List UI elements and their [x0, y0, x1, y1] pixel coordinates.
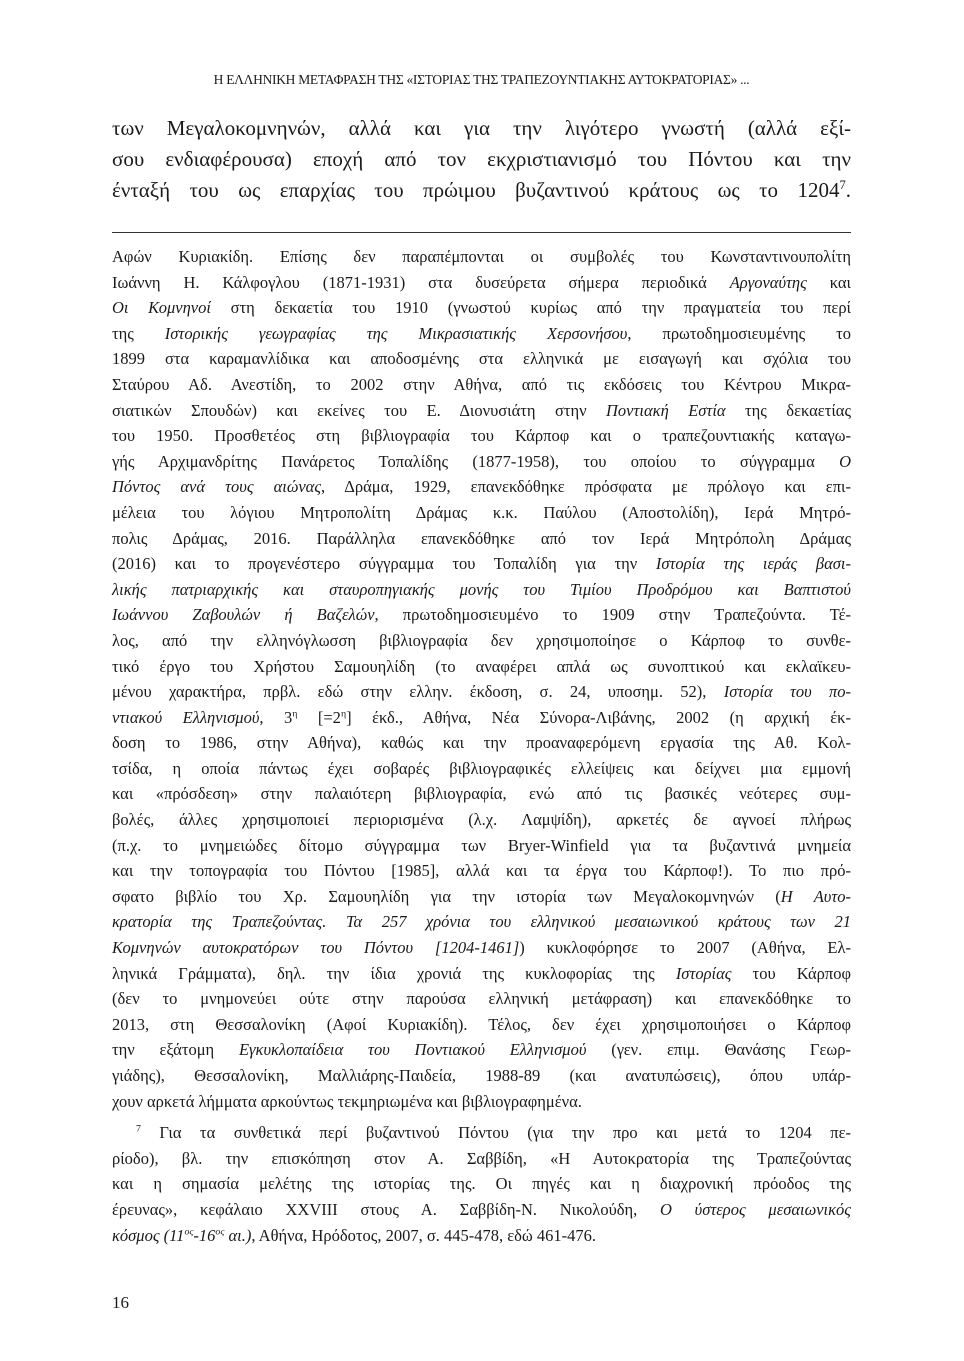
footnote-line: ληνικά Γράμματα), δηλ. την ίδια χρονιά τ…: [112, 961, 851, 987]
footnote-line: Κομνηνών αυτοκρατόρων του Πόντου [1204-1…: [112, 935, 851, 961]
italic-text: κρατορία της Τραπεζούντας. Τα 257 χρόνια…: [112, 912, 851, 931]
text-run: ] έκδ., Αθήνα, Νέα Σύνορα-Λιβάνης, 2002 …: [346, 708, 851, 727]
footnote-line: τσίδα, η οποία πάντως έχει σοβαρές βιβλι…: [112, 756, 851, 782]
text-run: ρίοδο), βλ. την επισκόπηση στον Α. Σαββί…: [112, 1149, 851, 1168]
text-run: ληνικά Γράμματα), δηλ. την ίδια χρονιά τ…: [112, 964, 676, 983]
text-run: (2016) και το προγενέστερο σύγγραμμα του…: [112, 554, 656, 573]
footnote-line: Αφών Κυριακίδη. Επίσης δεν παραπέμπονται…: [112, 244, 851, 270]
footnote-line: Πόντος ανά τους αιώνας, Δράμα, 1929, επα…: [112, 474, 851, 500]
text-run: δοση το 1986, στην Αθήνα), καθώς και την…: [112, 733, 851, 752]
italic-text: Εγκυκλοπαίδεια του Ποντιακού Ελληνισμού: [239, 1040, 586, 1059]
italic-text: Ποντιακή Εστία: [606, 401, 726, 420]
text-run: γιάδης), Θεσσαλονίκη, Μαλλιάρης-Παιδεία,…: [112, 1066, 851, 1085]
text-run: Αφών Κυριακίδη. Επίσης δεν παραπέμπονται…: [112, 247, 851, 266]
footnote-continued: Αφών Κυριακίδη. Επίσης δεν παραπέμπονται…: [112, 244, 851, 1114]
footnote-separator: [112, 232, 851, 233]
footnotes-section: Αφών Κυριακίδη. Επίσης δεν παραπέμπονται…: [112, 244, 851, 1248]
italic-text: κόσμος (11: [112, 1226, 184, 1245]
text-run: πολις Δράμας, 2016. Παράλληλα επανεκδόθη…: [112, 529, 851, 548]
footnote-line: την εξάτομη Εγκυκλοπαίδεια του Ποντιακού…: [112, 1037, 851, 1063]
text-run: και: [807, 273, 851, 292]
footnote-line: και «πρόσδεση» στην παλαιότερη βιβλιογρα…: [112, 781, 851, 807]
text-run: [=2: [297, 708, 341, 727]
footnote-line: μέλεια του λόγιου Μητροπολίτη Δράμας κ.κ…: [112, 500, 851, 526]
italic-text: -16: [193, 1226, 215, 1245]
footnote-line: Ιωάννη Η. Κάλφογλου (1871-1931) στα δυσε…: [112, 270, 851, 296]
italic-text: Αργοναύτης: [730, 273, 807, 292]
footnote-line: γιάδης), Θεσσαλονίκη, Μαλλιάρης-Παιδεία,…: [112, 1063, 851, 1089]
footnote-line: Ιωάννου Ζαβουλών ή Βαζελών, πρωτοδημοσιε…: [112, 602, 851, 628]
text-run: , 3: [259, 708, 292, 727]
text-run: και «πρόσδεση» στην παλαιότερη βιβλιογρα…: [112, 784, 851, 803]
text-run: σφατο βιβλίο του Χρ. Σαμουηλίδη για την …: [112, 887, 781, 906]
text-run: 1899 στα καραμανλίδικα και αποδοσμένης σ…: [112, 349, 851, 368]
text-run: τικό έργο του Χρήστου Σαμουηλίδη (το ανα…: [112, 657, 851, 676]
text-run: (δεν το μνημονεύει ούτε στην παρούσα ελλ…: [112, 989, 851, 1008]
footnote-line: 1899 στα καραμανλίδικα και αποδοσμένης σ…: [112, 346, 851, 372]
footnote-line: Σταύρου Αδ. Ανεστίδη, το 2002 στην Αθήνα…: [112, 372, 851, 398]
text-run: του 1950. Προσθετέος στη βιβλιογραφία το…: [112, 426, 851, 445]
footnote-line: έρευνας», κεφάλαιο XXVIII στους Α. Σαββί…: [112, 1197, 851, 1223]
body-line-last: ένταξή του ως επαρχίας του πρώιμου βυζαν…: [112, 175, 851, 206]
footnote-7: 7 Για τα συνθετικά περί βυζαντινού Πόντο…: [112, 1120, 851, 1248]
text-run: μένου χαρακτήρα, πρβλ. εδώ στην ελλην. έ…: [112, 682, 724, 701]
italic-text: Ιωάννου Ζαβουλών ή Βαζελών: [112, 605, 375, 624]
footnote-line: του 1950. Προσθετέος στη βιβλιογραφία το…: [112, 423, 851, 449]
end-punctuation: .: [846, 178, 851, 202]
text-run: έρευνας», κεφάλαιο XXVIII στους Α. Σαββί…: [112, 1200, 660, 1219]
italic-text: Η Αυτο-: [781, 887, 851, 906]
footnote-line: μένου χαρακτήρα, πρβλ. εδώ στην ελλην. έ…: [112, 679, 851, 705]
footnote-line: γής Αρχιμανδρίτης Πανάρετος Τοπαλίδης (1…: [112, 449, 851, 475]
italic-text: αι.): [224, 1226, 251, 1245]
italic-text: Ο: [839, 452, 851, 471]
footnote-line: και η σημασία μελέτης της ιστορίας της. …: [112, 1171, 851, 1197]
footnote-line: της Ιστορικής γεωγραφίας της Μικρασιατικ…: [112, 321, 851, 347]
text-run: 2013, στη Θεσσαλονίκη (Αφοί Κυριακίδη). …: [112, 1015, 851, 1034]
footnote-line: πολις Δράμας, 2016. Παράλληλα επανεκδόθη…: [112, 526, 851, 552]
page-number: 16: [112, 1293, 129, 1313]
text-run: του Κάρποφ: [731, 964, 851, 983]
footnote-line: λος, από την ελληνόγλωσση βιβλιογραφία δ…: [112, 628, 851, 654]
footnote-line: ρίοδο), βλ. την επισκόπηση στον Α. Σαββί…: [112, 1146, 851, 1172]
text-run: γής Αρχιμανδρίτης Πανάρετος Τοπαλίδης (1…: [112, 452, 839, 471]
text-run: και την τοπογραφία του Πόντου [1985], αλ…: [112, 861, 851, 880]
text-run: , Δράμα, 1929, επανεκδόθηκε πρόσφατα με …: [321, 477, 851, 496]
footnote-line: (δεν το μνημονεύει ούτε στην παρούσα ελλ…: [112, 986, 851, 1012]
italic-text: Ιστορία της ιεράς βασι-: [656, 554, 851, 573]
footnote-line: σφατο βιβλίο του Χρ. Σαμουηλίδη για την …: [112, 884, 851, 910]
footnote-line: και την τοπογραφία του Πόντου [1985], αλ…: [112, 858, 851, 884]
body-line-text: ένταξή του ως επαρχίας του πρώιμου βυζαν…: [112, 178, 839, 202]
text-run: (γεν. επιμ. Θανάσης Γεωρ-: [586, 1040, 851, 1059]
text-run: Ιωάννη Η. Κάλφογλου (1871-1931) στα δυσε…: [112, 273, 730, 292]
text-run: , πρωτοδημοσιευμένης το: [627, 324, 851, 343]
text-run: στη δεκαετία του 1910 (γνωστού κυρίως απ…: [211, 298, 851, 317]
footnote-line: τικό έργο του Χρήστου Σαμουηλίδη (το ανα…: [112, 654, 851, 680]
italic-text: ντιακού Ελληνισμού: [112, 708, 259, 727]
footnote-line: 7 Για τα συνθετικά περί βυζαντινού Πόντο…: [112, 1120, 851, 1146]
running-header: Η ΕΛΛΗΝΙΚΗ ΜΕΤΑΦΡΑΣΗ ΤΗΣ «ΙΣΤΟΡΙΑΣ ΤΗΣ Τ…: [112, 72, 851, 88]
italic-text: λικής πατριαρχικής και σταυροπηγιακής μο…: [112, 580, 851, 599]
text-run: , πρωτοδημοσιευμένο το 1909 στην Τραπεζο…: [375, 605, 851, 624]
footnote-line: (2016) και το προγενέστερο σύγγραμμα του…: [112, 551, 851, 577]
body-line: των Μεγαλοκομνηνών, αλλά και για την λιγ…: [112, 113, 851, 144]
text-run: ) κυκλοφόρησε το 2007 (Αθήνα, Ελ-: [519, 938, 851, 957]
footnote-line: Οι Κομνηνοί στη δεκαετία του 1910 (γνωστ…: [112, 295, 851, 321]
text-run: λος, από την ελληνόγλωσση βιβλιογραφία δ…: [112, 631, 851, 650]
italic-text: Ιστορικής γεωγραφίας της Μικρασιατικής Χ…: [165, 324, 628, 343]
italic-text: Πόντος ανά τους αιώνας: [112, 477, 321, 496]
italic-text: Ο ύστερος μεσαιωνικός: [660, 1200, 851, 1219]
text-run: της δεκαετίας: [726, 401, 851, 420]
footnote-line: ντιακού Ελληνισμού, 3η [=2η] έκδ., Αθήνα…: [112, 705, 851, 731]
text-run: μέλεια του λόγιου Μητροπολίτη Δράμας κ.κ…: [112, 503, 851, 522]
text-run: (π.χ. το μνημειώδες δίτομο σύγγραμμα των…: [112, 836, 851, 855]
footnote-line: χουν αρκετά λήμματα αρκούντως τεκμηριωμέ…: [112, 1089, 851, 1115]
text-run: την εξάτομη: [112, 1040, 239, 1059]
footnote-line: βολές, άλλες χρησιμοποιεί περιορισμένα (…: [112, 807, 851, 833]
italic-text: Οι Κομνηνοί: [112, 298, 211, 317]
text-run: Σταύρου Αδ. Ανεστίδη, το 2002 στην Αθήνα…: [112, 375, 851, 394]
text-run: , Αθήνα, Ηρόδοτος, 2007, σ. 445-478, εδώ…: [251, 1226, 596, 1245]
footnote-line: κόσμος (11ος-16ος αι.), Αθήνα, Ηρόδοτος,…: [112, 1223, 851, 1249]
body-paragraph: των Μεγαλοκομνηνών, αλλά και για την λιγ…: [112, 113, 851, 206]
footnote-line: κρατορία της Τραπεζούντας. Τα 257 χρόνια…: [112, 909, 851, 935]
italic-text: Ιστορία του πο-: [724, 682, 851, 701]
body-line: σου ενδιαφέρουσα) εποχή από τον εκχριστι…: [112, 144, 851, 175]
footnote-line: λικής πατριαρχικής και σταυροπηγιακής μο…: [112, 577, 851, 603]
text-run: τσίδα, η οποία πάντως έχει σοβαρές βιβλι…: [112, 759, 851, 778]
italic-text: Κομνηνών αυτοκρατόρων του Πόντου [1204-1…: [112, 938, 519, 957]
footnote-line: 2013, στη Θεσσαλονίκη (Αφοί Κυριακίδη). …: [112, 1012, 851, 1038]
footnote-line: δοση το 1986, στην Αθήνα), καθώς και την…: [112, 730, 851, 756]
text-run: βολές, άλλες χρησιμοποιεί περιορισμένα (…: [112, 810, 851, 829]
footnote-line: σιατικών Σπουδών) και εκείνες του Ε. Διο…: [112, 398, 851, 424]
text-run: σιατικών Σπουδών) και εκείνες του Ε. Διο…: [112, 401, 606, 420]
text-run: και η σημασία μελέτης της ιστορίας της. …: [112, 1174, 851, 1193]
italic-text: ος: [215, 1226, 224, 1237]
text-run: χουν αρκετά λήμματα αρκούντως τεκμηριωμέ…: [112, 1092, 582, 1111]
text-run: της: [112, 324, 165, 343]
italic-text: Ιστορίας: [676, 964, 732, 983]
footnote-line: (π.χ. το μνημειώδες δίτομο σύγγραμμα των…: [112, 833, 851, 859]
text-run: Για τα συνθετικά περί βυζαντινού Πόντου …: [141, 1123, 851, 1142]
